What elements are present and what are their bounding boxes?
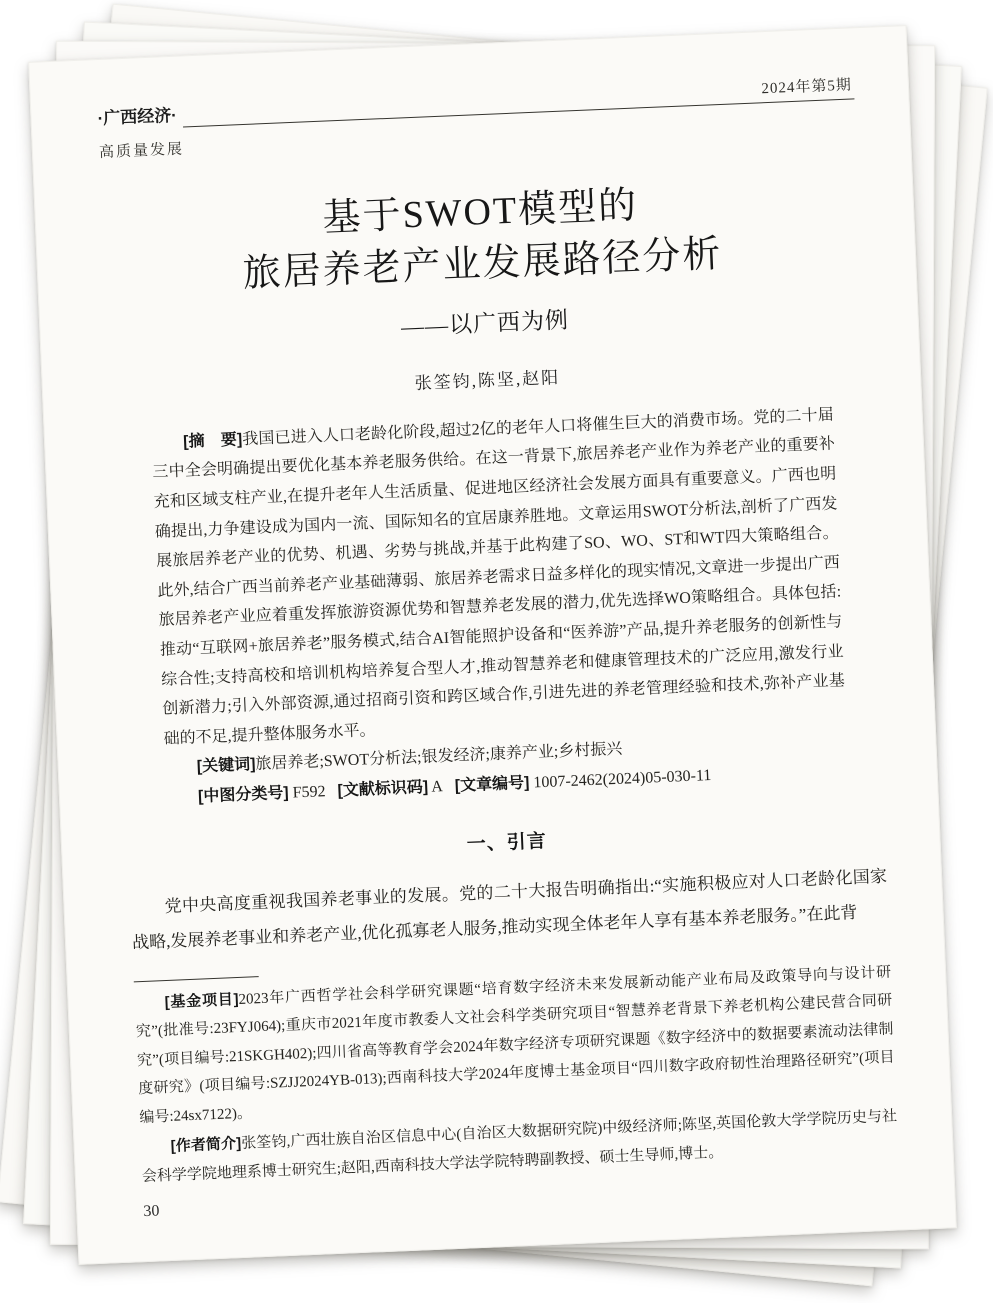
keywords-label: [关键词]: [197, 756, 256, 775]
section-heading-introduction: 一、引言: [128, 811, 885, 870]
article-title: 基于SWOT模型的 旅居养老产业发展路径分析 ——以广西为例: [101, 170, 864, 353]
abstract-paragraph: [摘 要]我国已进入人口老龄化阶段,超过2亿的老年人口将催生巨大的消费市场。党的…: [151, 400, 847, 754]
abstract-block: [摘 要]我国已进入人口老龄化阶段,超过2亿的老年人口将催生巨大的消费市场。党的…: [151, 400, 850, 813]
clc-value: F592: [292, 783, 326, 801]
footnote-block: [基金项目]2023年广西哲学社会科学研究课题“培育数字经济未来发展新动能产业布…: [134, 950, 899, 1192]
doc-code-segment: [文献标识码] A: [337, 778, 443, 799]
clc-segment: [中图分类号] F592: [198, 783, 326, 805]
article-id-value: 1007-2462(2024)05-030-11: [533, 767, 712, 791]
doc-code-label: [文献标识码]: [337, 779, 428, 800]
article-id-segment: [文章编号] 1007-2462(2024)05-030-11: [454, 767, 711, 795]
journal-page: ·广西经济· 2024年第5期 高质量发展 基于SWOT模型的 旅居养老产业发展…: [28, 25, 957, 1265]
page-content: ·广西经济· 2024年第5期 高质量发展 基于SWOT模型的 旅居养老产业发展…: [29, 26, 956, 1264]
footnote-separator: [134, 976, 259, 982]
doc-code-value: A: [431, 778, 443, 795]
bio-label: [作者简介]: [170, 1135, 241, 1155]
article-id-label: [文章编号]: [454, 775, 529, 795]
fund-note: [基金项目]2023年广西哲学社会科学研究课题“培育数字经济未来发展新动能产业布…: [134, 959, 896, 1133]
clc-label: [中图分类号]: [198, 785, 289, 806]
abstract-label: [摘 要]: [183, 431, 243, 450]
journal-issue: 2024年第5期: [761, 73, 852, 98]
fund-text: 2023年广西哲学社会科学研究课题“培育数字经济未来发展新动能产业布局及政策导向…: [136, 965, 895, 1127]
intro-paragraph: 党中央高度重视我国养老事业的发展。党的二十大报告明确指出:“实施积极应对人口老龄…: [130, 858, 889, 961]
fund-label: [基金项目]: [164, 991, 239, 1011]
journal-name: ·广西经济·: [97, 101, 177, 131]
page-stack: ·广西经济· 2024年第5期 高质量发展 基于SWOT模型的 旅居养老产业发展…: [0, 0, 993, 1303]
abstract-text: 我国已进入人口老龄化阶段,超过2亿的老年人口将催生巨大的消费市场。党的二十届三中…: [152, 406, 845, 747]
article-authors: 张筌钧,陈坚,赵阳: [109, 350, 866, 407]
